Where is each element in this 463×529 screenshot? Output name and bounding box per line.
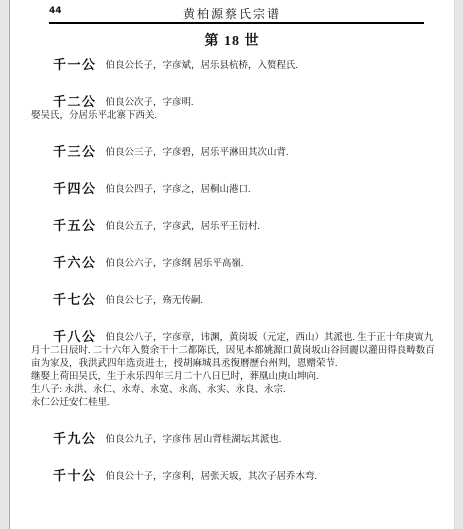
entry-name-label: 千八公: [53, 330, 97, 345]
entry-text: 伯良公七子，殇无传嗣.: [106, 296, 203, 306]
entry-text: 伯良公五子，字彦武，居乐平王衍村.: [106, 222, 260, 232]
entry-first-line: 千三公伯良公三子，字彦碧，居乐平淋田其次山背.: [31, 146, 439, 160]
entry-name-label: 千三公: [53, 145, 97, 160]
entry-text: 伯良公十子，字彦利，居张天坂，其次子居乔木弯.: [106, 472, 317, 482]
entry-first-line: 千八公伯良公八子，字彦章，讳渊，黄岗坂（元定，西山）其派也. 生于正十年庚寅九月…: [31, 331, 439, 371]
entry-text: 伯良公九子，字彦伟 居山背桂湖坛其派也.: [106, 435, 282, 445]
genealogy-entry: 千二公伯良公次子，字彦明. 娶吴氏，分居乐平北寨下西关.: [31, 96, 439, 123]
genealogy-entry: 千五公伯良公五子，字彦武，居乐平王衍村.: [31, 220, 439, 234]
entry-first-line: 千五公伯良公五子，字彦武，居乐平王衍村.: [31, 220, 439, 234]
entry-first-line: 千九公伯良公九子，字彦伟 居山背桂湖坛其派也.: [31, 433, 439, 447]
genealogy-entry: 千七公伯良公七子，殇无传嗣.: [31, 294, 439, 308]
page-number: 44: [49, 6, 62, 16]
section-title: 第 18 世: [10, 30, 454, 50]
entry-first-line: 千十公伯良公十子，字彦利，居张天坂，其次子居乔木弯.: [31, 470, 439, 484]
header-rule: [49, 22, 424, 24]
genealogy-entry: 千九公伯良公九子，字彦伟 居山背桂湖坛其派也.: [31, 433, 439, 447]
entry-first-line: 千六公伯良公六子，字彦纲 居乐平高嶺.: [31, 257, 439, 271]
genealogy-entry: 千十公伯良公十子，字彦利，居张天坂，其次子居乔木弯.: [31, 470, 439, 484]
entry-first-line: 千四公伯良公四子，字彦之，居桐山港口.: [31, 183, 439, 197]
entry-continuation-line: 娶吴氏，分居乐平北寨下西关.: [31, 110, 439, 123]
entry-text: 伯良公三子，字彦碧，居乐平淋田其次山背.: [106, 148, 289, 158]
entry-first-line: 千一公伯良公长子，字彦斌，居乐县杭桥，入赘程氏.: [31, 59, 439, 73]
genealogy-entries: 千一公伯良公长子，字彦斌，居乐县杭桥，入赘程氏. 千二公伯良公次子，字彦明. 娶…: [31, 59, 439, 484]
entry-name-label: 千一公: [53, 58, 97, 73]
genealogy-entry: 千六公伯良公六子，字彦纲 居乐平高嶺.: [31, 257, 439, 271]
entry-name-label: 千七公: [53, 293, 97, 308]
genealogy-entry: 千四公伯良公四子，字彦之，居桐山港口.: [31, 183, 439, 197]
entry-name-label: 千四公: [53, 182, 97, 197]
entry-continuation-line: 生八子: 永洪、永仁、永寿、永宽、永高、永实、永良、永宗.: [31, 384, 439, 397]
genealogy-entry: 千三公伯良公三子，字彦碧，居乐平淋田其次山背.: [31, 146, 439, 160]
genealogy-entry: 千八公伯良公八子，字彦章，讳渊，黄岗坂（元定，西山）其派也. 生于正十年庚寅九月…: [31, 331, 439, 410]
entry-first-line: 千七公伯良公七子，殇无传嗣.: [31, 294, 439, 308]
entry-name-label: 千二公: [53, 95, 97, 110]
entry-text: 伯良公六子，字彦纲 居乐平高嶺.: [106, 259, 244, 269]
genealogy-entry: 千一公伯良公长子，字彦斌，居乐县杭桥，入赘程氏.: [31, 59, 439, 73]
document-page: 44 黄柏源蔡氏宗谱 第 18 世 千一公伯良公长子，字彦斌，居乐县杭桥，入赘程…: [9, 0, 455, 529]
entry-text: 伯良公四子，字彦之，居桐山港口.: [106, 185, 251, 195]
entry-continuation-line: 永仁公迁安仁桂里.: [31, 397, 439, 410]
entry-name-label: 千九公: [53, 432, 97, 447]
entry-text: 伯良公次子，字彦明.: [106, 98, 194, 108]
entry-name-label: 千五公: [53, 219, 97, 234]
entry-name-label: 千十公: [53, 469, 97, 484]
entry-text: 伯良公长子，字彦斌，居乐县杭桥，入赘程氏.: [106, 61, 298, 71]
document-title: 黄柏源蔡氏宗谱: [10, 0, 454, 22]
entry-continuation-line: 继娶上荷田吴氏，生于永乐四年三月二十八日巳时，葬凰山庚山坤向.: [31, 371, 439, 384]
page-header: 44 黄柏源蔡氏宗谱: [10, 0, 454, 20]
entry-first-line: 千二公伯良公次子，字彦明.: [31, 96, 439, 110]
entry-name-label: 千六公: [53, 256, 97, 271]
